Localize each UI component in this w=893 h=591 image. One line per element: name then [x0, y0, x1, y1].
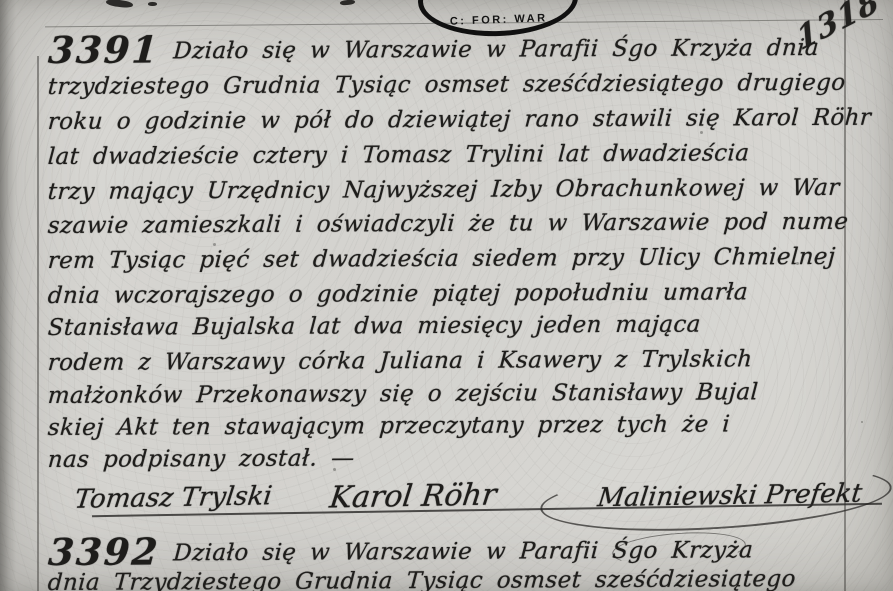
record-3391-line: dnia wczorajszego o godzinie piątej popo… — [47, 279, 749, 309]
record-3391-line: małżonków Przekonawszy się o zejściu Sta… — [47, 379, 759, 409]
record-3391-line: Stanisława Bujalska lat dwa miesięcy jed… — [47, 312, 702, 341]
record-3391-line: trzy mający Urzędnicy Najwyższej Izby Ob… — [47, 175, 841, 205]
record-3391-number: 3391 — [47, 27, 161, 72]
signature-witness-tomasz-trylski: Tomasz Trylski — [73, 481, 274, 514]
record-3391-line: rem Tysiąc pięć set dwadzieścia siedem p… — [47, 244, 836, 274]
ink-speck — [861, 421, 863, 423]
ink-speck — [213, 243, 216, 246]
ink-smudge — [106, 0, 134, 9]
scan-edge-shadow — [0, 0, 16, 591]
margin-rule-left — [37, 56, 39, 591]
record-3391-line: roku o godzinie w pół do dziewiątej rano… — [47, 105, 872, 135]
record-3392-line: Działo się w Warszawie w Parafii Śgo Krz… — [172, 537, 754, 566]
scanned-document-page: C: FOR: WAR 1318 3391Działo się w Warsza… — [0, 0, 893, 591]
record-3391-line: szawie zamieszkali i oświadczyli że tu w… — [47, 209, 849, 239]
record-3391-line: trzydziestego Grudnia Tysiąc osmset sześ… — [47, 70, 846, 100]
record-3391-line: Działo się w Warszawie w Parafii Śgo Krz… — [172, 35, 819, 64]
ink-smudge — [340, 0, 355, 6]
record-3392-line: dnia Trzydziestego Grudnia Tysiąc osmset… — [47, 566, 797, 591]
record-3391-first-line: 3391Działo się w Warszawie w Parafii Śgo… — [47, 24, 821, 72]
record-3391-line: skiej Akt ten stawającym przeczytany prz… — [47, 411, 731, 441]
record-3391-line: rodem z Warszawy córka Juliana i Ksawery… — [47, 346, 753, 376]
record-3391-line: nas podpisany został. — — [47, 445, 355, 473]
record-3391-line: lat dwadzieście cztery i Tomasz Trylini … — [47, 140, 750, 170]
record-3392-number: 3392 — [47, 529, 161, 574]
ink-smudge — [148, 2, 157, 6]
